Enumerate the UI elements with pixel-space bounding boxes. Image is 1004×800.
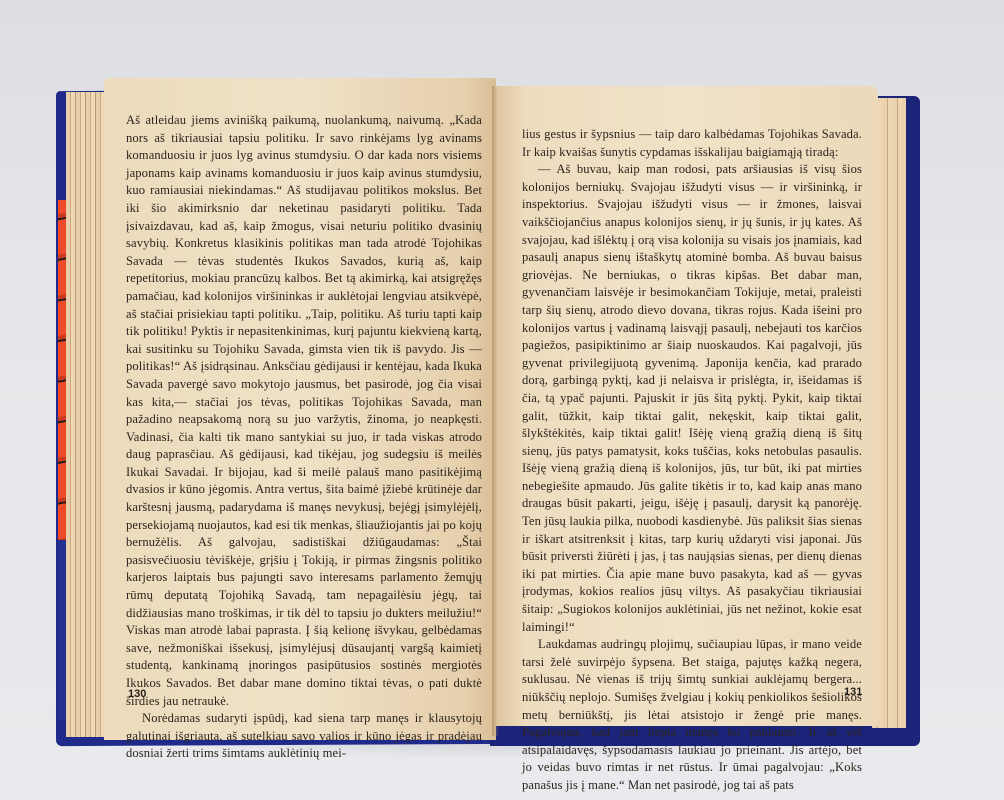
right-page: lius gestus ir šypsnius — taip daro kalb…: [494, 86, 878, 726]
paragraph: — Aš buvau, kaip man rodosi, pats aršiau…: [522, 161, 862, 636]
paragraph: lius gestus ir šypsnius — taip daro kalb…: [522, 126, 862, 161]
page-number: 131: [844, 686, 862, 698]
paragraph: Aš atleidau jiems avinišką paikumą, nuol…: [126, 112, 482, 710]
page-stack-left: [66, 92, 108, 737]
left-page: Aš atleidau jiems avinišką paikumą, nuol…: [104, 78, 496, 740]
right-page-text: lius gestus ir šypsnius — taip daro kalb…: [522, 126, 862, 795]
left-page-text: Aš atleidau jiems avinišką paikumą, nuol…: [126, 112, 482, 763]
book-gutter: [492, 86, 498, 736]
paragraph: Norėdamas sudaryti įspūdį, kad siena tar…: [126, 710, 482, 763]
paragraph: Laukdamas audringų plojimų, sučiaupiau l…: [522, 636, 862, 794]
page-number: 130: [128, 688, 146, 700]
